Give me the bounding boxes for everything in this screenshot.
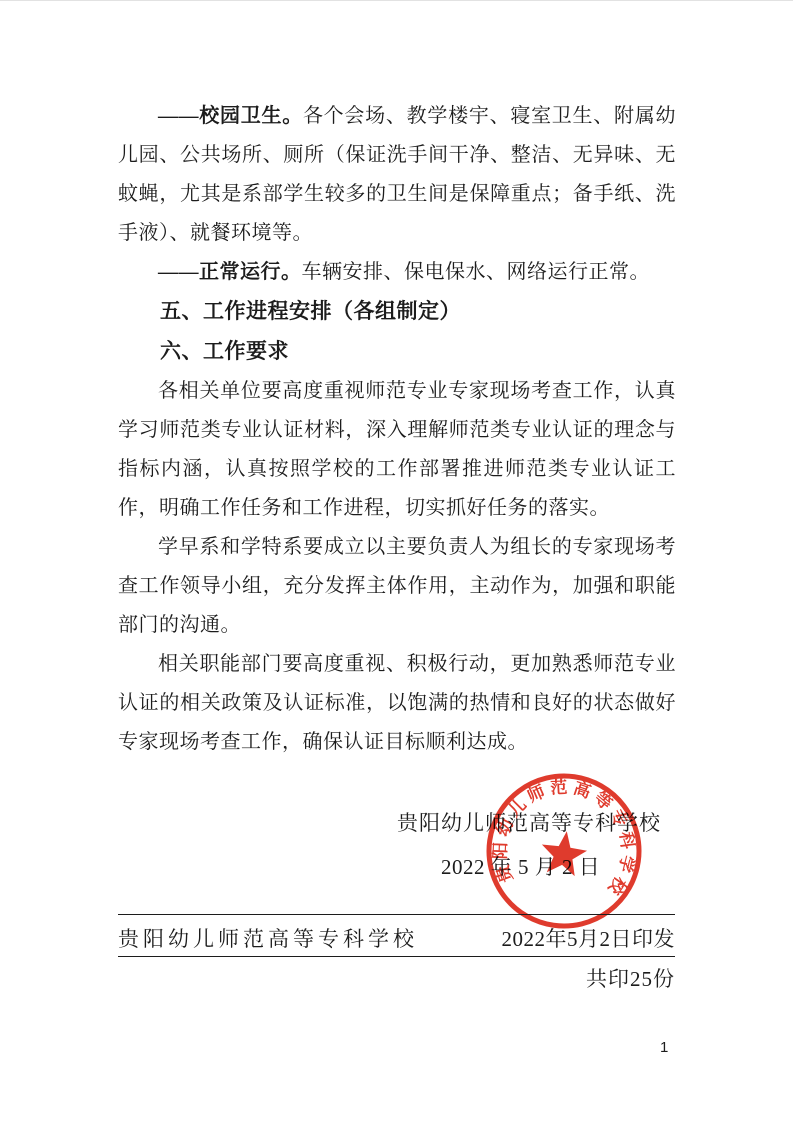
paragraph-campus-hygiene: ——校园卫生。各个会场、教学楼宇、寝室卫生、附属幼儿园、公共场所、厕所（保证洗手… <box>118 97 676 253</box>
paragraph-lead-label: ——校园卫生。 <box>158 105 303 127</box>
paragraph-requirements-1: 各相关单位要高度重视师范专业专家现场考查工作，认真学习师范类专业认证材料，深入理… <box>118 372 676 528</box>
signature-organization: 贵阳幼儿师范高等专科学校 <box>397 807 661 837</box>
paragraph-normal-operation: ——正常运行。车辆安排、保电保水、网络运行正常。 <box>118 253 676 292</box>
footer-issuer: 贵阳幼儿师范高等专科学校 <box>118 923 418 953</box>
signature-date: 2022 年 5 月 2 日 <box>441 851 600 881</box>
paragraph-requirements-3: 相关职能部门要高度重视、积极行动，更加熟悉师范专业认证的相关政策及认证标准，以饱… <box>118 645 676 762</box>
footer-copies-count: 共印25份 <box>118 963 675 993</box>
footer-issue-row: 贵阳幼儿师范高等专科学校 2022年5月2日印发 <box>118 923 675 953</box>
page-number: 1 <box>660 1039 668 1056</box>
paragraph-text: 车辆安排、保电保水、网络运行正常。 <box>302 261 651 283</box>
footer-divider-bottom <box>118 956 675 957</box>
document-page: ——校园卫生。各个会场、教学楼宇、寝室卫生、附属幼儿园、公共场所、厕所（保证洗手… <box>0 0 793 1123</box>
footer-divider-top <box>118 914 675 915</box>
section-heading-five: 五、工作进程安排（各组制定） <box>118 292 676 332</box>
paragraph-requirements-2: 学早系和学特系要成立以主要负责人为组长的专家现场考查工作领导小组，充分发挥主体作… <box>118 528 676 645</box>
footer-print-date: 2022年5月2日印发 <box>502 923 676 953</box>
section-heading-six: 六、工作要求 <box>118 332 676 372</box>
paragraph-lead-label: ——正常运行。 <box>158 261 302 283</box>
document-body: ——校园卫生。各个会场、教学楼宇、寝室卫生、附属幼儿园、公共场所、厕所（保证洗手… <box>118 97 676 762</box>
